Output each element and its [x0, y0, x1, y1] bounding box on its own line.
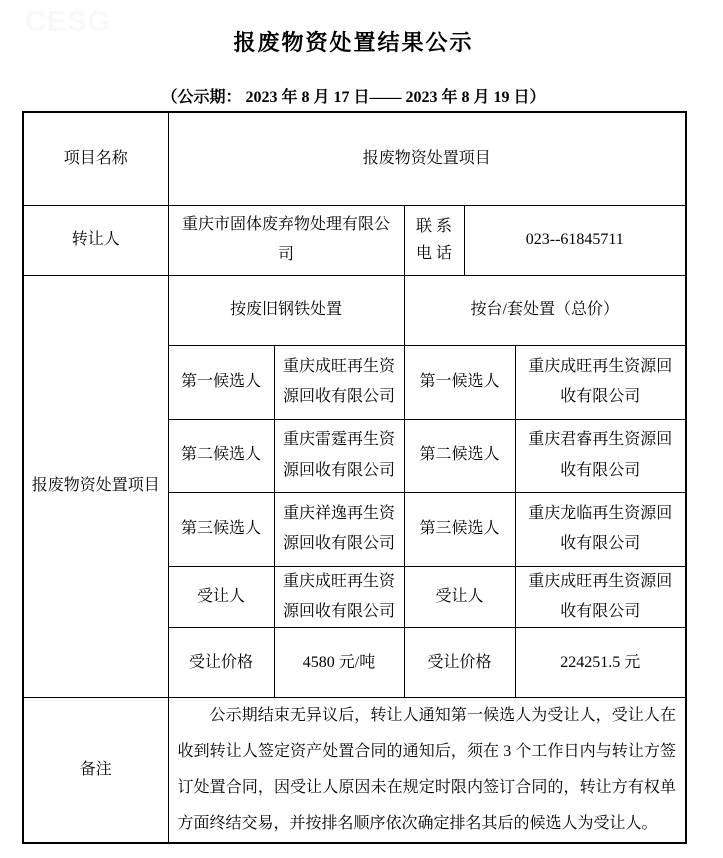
contact-phone-value: 023--61845711: [464, 205, 686, 275]
method-set-header: 按台/套处置（总价）: [404, 275, 686, 345]
set-candidate-3-label: 第三候选人: [404, 492, 515, 566]
table-row: 报废物资处置项目 按废旧钢铁处置 按台/套处置（总价）: [23, 275, 686, 345]
set-candidate-1-label: 第一候选人: [404, 345, 515, 419]
steel-candidate-1-value: 重庆成旺再生资源回收有限公司: [274, 345, 404, 419]
page-title: 报废物资处置结果公示: [22, 0, 685, 55]
steel-transferee-value: 重庆成旺再生资源回收有限公司: [274, 566, 404, 628]
steel-candidate-2-value: 重庆雷霆再生资源回收有限公司: [274, 419, 404, 492]
method-steel-header: 按废旧钢铁处置: [168, 275, 404, 345]
set-candidate-3-value: 重庆龙临再生资源回收有限公司: [515, 492, 686, 566]
steel-candidate-3-value: 重庆祥逸再生资源回收有限公司: [274, 492, 404, 566]
table-row: 转让人 重庆市固体废弃物处理有限公司 联 系 电 话 023--61845711: [23, 205, 686, 275]
publicity-period: （公示期： 2023 年 8 月 17 日—— 2023 年 8 月 19 日）: [22, 88, 685, 107]
set-transferee-label: 受让人: [404, 566, 515, 628]
disposal-result-table: 项目名称 报废物资处置项目 转让人 重庆市固体废弃物处理有限公司 联 系 电 话…: [22, 111, 687, 844]
steel-price-value: 4580 元/吨: [274, 628, 404, 698]
section-label: 报废物资处置项目: [23, 275, 168, 698]
steel-transferee-label: 受让人: [168, 566, 274, 628]
set-candidate-2-label: 第二候选人: [404, 419, 515, 492]
set-price-label: 受让价格: [404, 628, 515, 698]
contact-phone-label: 联 系 电 话: [404, 205, 464, 275]
steel-price-label: 受让价格: [168, 628, 274, 698]
steel-candidate-2-label: 第二候选人: [168, 419, 274, 492]
set-price-value: 224251.5 元: [515, 628, 686, 698]
steel-candidate-3-label: 第三候选人: [168, 492, 274, 566]
set-candidate-1-value: 重庆成旺再生资源回收有限公司: [515, 345, 686, 419]
watermark: CESG: [25, 6, 111, 39]
project-name-label: 项目名称: [23, 112, 168, 205]
remarks-text: 公示期结束无异议后，转让人通知第一候选人为受让人，受让人在收到转让人签定资产处置…: [168, 698, 686, 844]
announcement-page: CESG 报废物资处置结果公示 （公示期： 2023 年 8 月 17 日—— …: [0, 0, 723, 858]
steel-candidate-1-label: 第一候选人: [168, 345, 274, 419]
project-name-value: 报废物资处置项目: [168, 112, 686, 205]
transferor-value: 重庆市固体废弃物处理有限公司: [168, 205, 404, 275]
remarks-label: 备注: [23, 698, 168, 844]
transferor-label: 转让人: [23, 205, 168, 275]
table-row: 备注 公示期结束无异议后，转让人通知第一候选人为受让人，受让人在收到转让人签定资…: [23, 698, 686, 844]
table-row: 项目名称 报废物资处置项目: [23, 112, 686, 205]
set-candidate-2-value: 重庆君睿再生资源回收有限公司: [515, 419, 686, 492]
set-transferee-value: 重庆成旺再生资源回收有限公司: [515, 566, 686, 628]
